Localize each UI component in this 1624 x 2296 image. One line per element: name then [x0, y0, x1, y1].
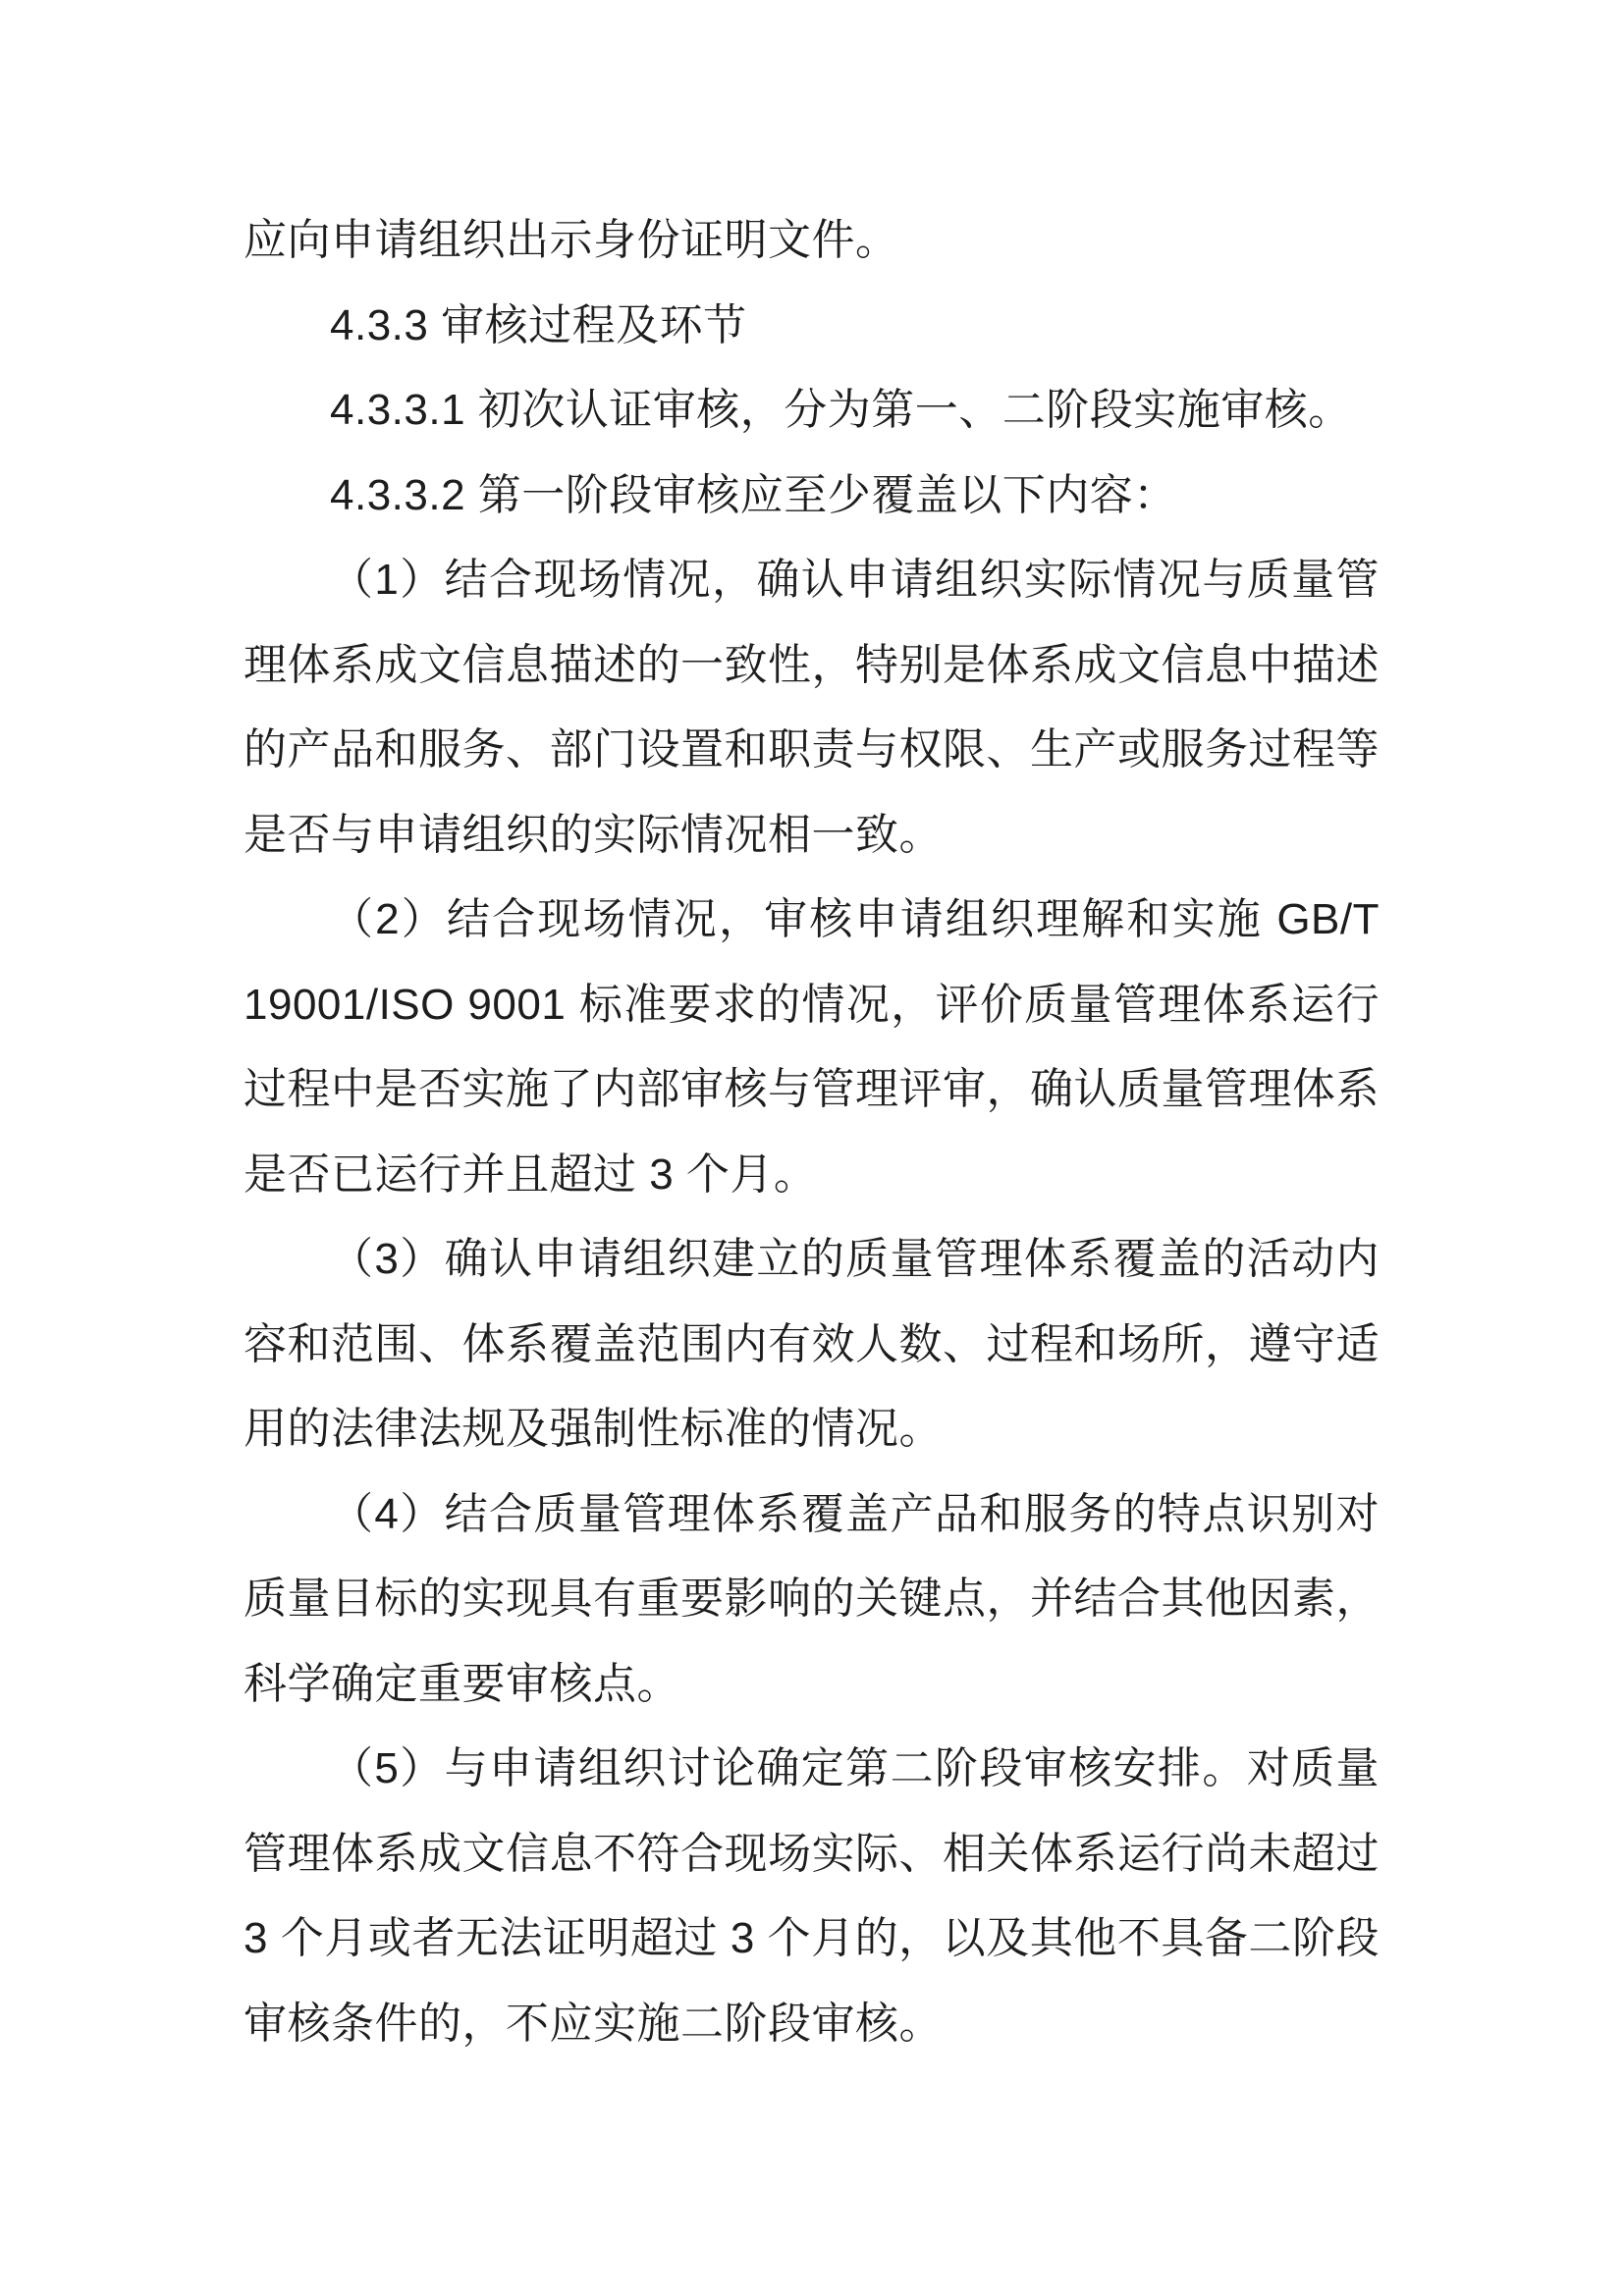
text-line: （2）结合现场情况，审核申请组织理解和实施 GB/T [244, 878, 1380, 963]
document-page: 应向申请组织出示身份证明文件。4.3.3 审核过程及环节4.3.3.1 初次认证… [0, 0, 1624, 2296]
text-line: 容和范围、体系覆盖范围内有效人数、过程和场所，遵守适 [244, 1303, 1380, 1388]
text-line: 3 个月或者无法证明超过 3 个月的，以及其他不具备二阶段 [244, 1896, 1380, 1982]
text-line: 科学确定重要审核点。 [244, 1642, 1380, 1728]
text-line: 4.3.3.2 第一阶段审核应至少覆盖以下内容： [244, 454, 1380, 539]
text-line: 理体系成文信息描述的一致性，特别是体系成文信息中描述 [244, 623, 1380, 709]
text-line: （1）结合现场情况，确认申请组织实际情况与质量管 [244, 538, 1380, 623]
text-line: 4.3.3 审核过程及环节 [244, 284, 1380, 369]
text-line: 是否已运行并且超过 3 个月。 [244, 1133, 1380, 1218]
text-line: 质量目标的实现具有重要影响的关键点，并结合其他因素， [244, 1557, 1380, 1642]
text-line: 是否与申请组织的实际情况相一致。 [244, 793, 1380, 879]
text-line: 应向申请组织出示身份证明文件。 [244, 198, 1380, 284]
text-line: 的产品和服务、部门设置和职责与权限、生产或服务过程等 [244, 708, 1380, 793]
text-line: 管理体系成文信息不符合现场实际、相关体系运行尚未超过 [244, 1812, 1380, 1897]
text-line: （4）结合质量管理体系覆盖产品和服务的特点识别对 [244, 1472, 1380, 1558]
document-body: 应向申请组织出示身份证明文件。4.3.3 审核过程及环节4.3.3.1 初次认证… [244, 198, 1380, 2066]
text-line: （3）确认申请组织建立的质量管理体系覆盖的活动内 [244, 1217, 1380, 1303]
text-line: 审核条件的，不应实施二阶段审核。 [244, 1982, 1380, 2067]
text-line: （5）与申请组织讨论确定第二阶段审核安排。对质量 [244, 1727, 1380, 1812]
text-line: 过程中是否实施了内部审核与管理评审，确认质量管理体系 [244, 1047, 1380, 1133]
text-line: 4.3.3.1 初次认证审核，分为第一、二阶段实施审核。 [244, 368, 1380, 454]
text-line: 用的法律法规及强制性标准的情况。 [244, 1387, 1380, 1472]
text-line: 19001/ISO 9001 标准要求的情况，评价质量管理体系运行 [244, 963, 1380, 1048]
